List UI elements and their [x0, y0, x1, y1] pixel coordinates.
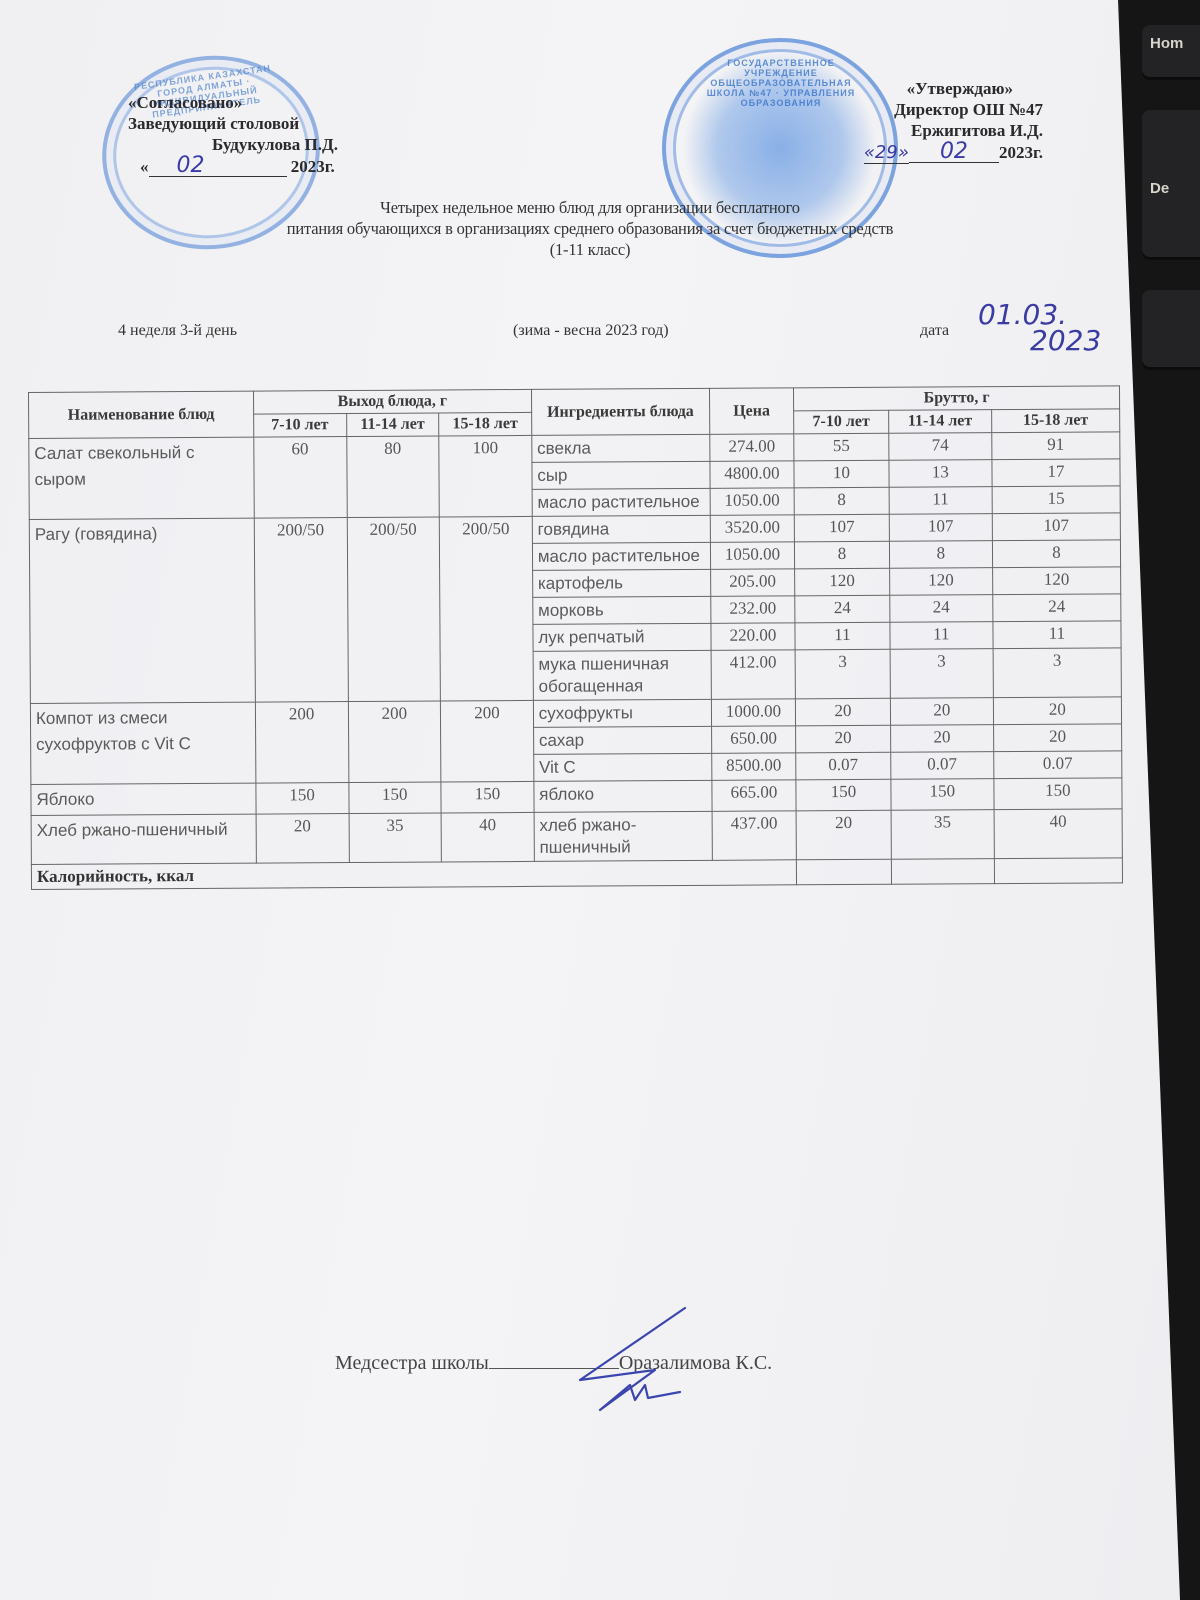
nurse-role: Медсестра школы	[335, 1352, 489, 1374]
ingredient-gross: 17	[992, 459, 1120, 487]
calories-7-10	[796, 859, 891, 885]
ingredient-gross: 3	[795, 649, 890, 699]
agreed-label: «Согласовано»	[128, 92, 338, 113]
menu-table: Наименование блюд Выход блюда, г Ингреди…	[28, 385, 1123, 890]
nurse-signature-line: Медсестра школыОразалимова К.С.	[335, 1352, 772, 1375]
agreed-date: «02 2023г.	[128, 155, 338, 177]
season: (зима - весна 2023 год)	[513, 322, 669, 340]
calories-11-14	[891, 859, 994, 885]
ingredient-name: хлеб ржано-пшеничный	[534, 811, 712, 861]
header-dish-name: Наименование блюд	[29, 391, 254, 438]
ingredient-gross: 8	[992, 540, 1120, 568]
ingredient-price: 220.00	[711, 623, 795, 651]
ingredient-gross: 8	[795, 541, 890, 569]
dish-yield: 200/50	[254, 518, 348, 703]
dish-yield: 150	[441, 781, 534, 813]
ingredient-gross: 91	[992, 432, 1120, 460]
ingredient-name: сухофрукты	[533, 699, 711, 727]
dish-yield: 60	[254, 437, 347, 519]
date-quote: «	[140, 157, 149, 176]
dish-yield: 200	[441, 700, 534, 782]
date-label: дата	[920, 322, 949, 340]
ingredient-price: 4800.00	[710, 461, 794, 489]
dish-yield: 150	[256, 783, 349, 815]
ingredient-gross: 20	[993, 724, 1121, 752]
ingredient-gross: 35	[891, 810, 994, 860]
ingredient-gross: 120	[795, 568, 890, 596]
ingredient-price: 3520.00	[710, 515, 794, 543]
ingredient-gross: 150	[994, 778, 1122, 810]
handwritten-signature-icon	[560, 1300, 700, 1420]
header-gross-7-10: 7-10 лет	[794, 410, 889, 434]
calories-row: Калорийность, ккал	[31, 858, 1122, 890]
ingredient-price: 1050.00	[710, 488, 794, 516]
ingredient-gross: 11	[795, 622, 890, 650]
date-handwritten: 01.03. 2023	[978, 302, 1101, 354]
dish-yield: 200	[348, 701, 441, 783]
ingredient-gross: 150	[891, 779, 994, 811]
approved-name: Ержигитова И.Д.	[838, 120, 1043, 141]
title-line: (1-11 класс)	[100, 239, 1080, 260]
header-yield-7-10: 7-10 лет	[253, 414, 346, 438]
approved-date: «29»022023г.	[838, 141, 1043, 164]
dish-name: Салат свекольный с сыром	[29, 437, 254, 519]
calories-label: Калорийность, ккал	[31, 860, 796, 890]
ingredient-name: масло растительное	[532, 542, 710, 570]
title-line: питания обучающихся в организациях средн…	[100, 218, 1080, 239]
ingredient-gross: 107	[794, 514, 889, 542]
dish-yield: 200/50	[347, 517, 441, 702]
agreed-position: Заведующий столовой	[128, 113, 338, 134]
header-yield-15-18: 15-18 лет	[439, 412, 532, 436]
ingredient-gross: 20	[890, 698, 993, 726]
table-row: Хлеб ржано-пшеничный203540хлеб ржано-пше…	[31, 809, 1122, 865]
ingredient-gross: 11	[993, 621, 1121, 649]
ingredient-gross: 120	[889, 568, 992, 596]
ingredient-price: 8500.00	[712, 753, 796, 781]
menu-table-body: Салат свекольный с сыром6080100свекла274…	[29, 432, 1123, 865]
ingredient-gross: 55	[794, 433, 889, 461]
ingredient-name: яблоко	[534, 780, 712, 812]
agreed-name: Будукулова П.Д.	[128, 134, 338, 155]
keyboard-key	[1142, 290, 1200, 370]
ingredient-name: сыр	[532, 461, 710, 489]
ingredient-name: Vit C	[534, 753, 712, 781]
ingredient-gross: 20	[993, 697, 1121, 725]
approved-block: «Утверждаю» Директор ОШ №47 Ержигитова И…	[838, 78, 1043, 164]
keyboard-key-home: Hom	[1142, 25, 1200, 80]
ingredient-gross: 10	[794, 460, 889, 488]
key-label: De	[1150, 180, 1169, 197]
dish-yield: 100	[439, 435, 532, 517]
ingredient-gross: 107	[992, 513, 1120, 541]
approved-label: «Утверждаю»	[838, 78, 1043, 99]
ingredient-gross: 20	[795, 698, 890, 726]
document-title: Четырех недельное меню блюд для организа…	[100, 197, 1080, 260]
ingredient-gross: 120	[992, 567, 1120, 595]
agreed-block: «Согласовано» Заведующий столовой Будуку…	[128, 92, 338, 177]
calories-15-18	[994, 858, 1122, 884]
dish-yield: 150	[348, 782, 441, 814]
date-year: 2023	[978, 328, 1101, 354]
ingredient-price: 1050.00	[710, 542, 794, 570]
ingredient-gross: 0.07	[796, 752, 891, 780]
ingredient-price: 1000.00	[711, 699, 795, 727]
approved-position: Директор ОШ №47	[838, 99, 1043, 120]
agreed-year: 2023г.	[291, 157, 335, 176]
document-page: РЕСПУБЛИКА КАЗАХСТАН ГОРОД АЛМАТЫ · ИНДИ…	[0, 0, 1180, 1600]
dish-name: Хлеб ржано-пшеничный	[31, 814, 256, 864]
ingredient-gross: 8	[794, 487, 889, 515]
ingredient-gross: 74	[889, 433, 992, 461]
ingredient-gross: 3	[993, 648, 1121, 698]
ingredient-gross: 11	[890, 622, 993, 650]
dish-yield: 200	[255, 702, 348, 784]
ingredient-gross: 20	[796, 810, 891, 860]
ingredient-name: свекла	[532, 434, 710, 462]
approved-year: 2023г.	[999, 143, 1043, 162]
ingredient-name: масло растительное	[532, 488, 710, 516]
dish-name: Рагу (говядина)	[29, 518, 255, 703]
approved-month-handwritten: 02	[909, 141, 999, 163]
header-ingredients: Ингредиенты блюда	[531, 388, 709, 435]
ingredient-price: 650.00	[711, 726, 795, 754]
ingredient-gross: 20	[890, 725, 993, 753]
ingredient-gross: 13	[889, 460, 992, 488]
ingredient-gross: 107	[889, 514, 992, 542]
ingredient-gross: 20	[796, 725, 891, 753]
ingredient-gross: 24	[795, 595, 890, 623]
dish-yield: 35	[349, 813, 442, 863]
keyboard-key-delete: De	[1142, 110, 1200, 260]
ingredient-price: 232.00	[711, 596, 795, 624]
ingredient-price: 274.00	[710, 434, 794, 462]
ingredient-price: 437.00	[712, 811, 797, 861]
approved-day-handwritten: «29»	[864, 142, 909, 164]
dish-name: Яблоко	[31, 783, 256, 815]
ingredient-gross: 0.07	[994, 751, 1122, 779]
ingredient-name: мука пшеничная обогащенная	[533, 650, 711, 700]
ingredient-gross: 11	[889, 487, 992, 515]
ingredient-name: говядина	[532, 515, 710, 543]
header-gross: Брутто, г	[794, 386, 1120, 411]
dish-yield: 200/50	[439, 516, 533, 701]
week-day: 4 неделя 3-й день	[118, 322, 237, 340]
header-gross-11-14: 11-14 лет	[888, 410, 991, 434]
ingredient-name: сахар	[533, 726, 711, 754]
ingredient-price: 665.00	[712, 780, 797, 812]
dish-yield: 80	[346, 436, 439, 518]
header-price: Цена	[709, 388, 794, 435]
ingredient-gross: 150	[796, 779, 891, 811]
ingredient-gross: 24	[890, 595, 993, 623]
ingredient-gross: 3	[890, 649, 993, 699]
dish-yield: 40	[441, 812, 534, 862]
header-gross-15-18: 15-18 лет	[992, 409, 1120, 433]
ingredient-gross: 8	[889, 541, 992, 569]
dish-yield: 20	[256, 814, 349, 864]
ingredient-name: картофель	[532, 569, 710, 597]
ingredient-price: 205.00	[710, 569, 794, 597]
ingredient-gross: 15	[992, 486, 1120, 514]
ingredient-price: 412.00	[711, 650, 796, 700]
ingredient-gross: 0.07	[891, 752, 994, 780]
ingredient-name: морковь	[533, 596, 711, 624]
header-yield: Выход блюда, г	[253, 389, 531, 414]
ingredient-gross: 40	[994, 809, 1122, 859]
dish-name: Компот из смеси сухофруктов с Vit C	[30, 702, 255, 784]
agreed-date-handwritten: 02	[149, 155, 287, 177]
key-label: Hom	[1150, 35, 1183, 52]
title-line: Четырех недельное меню блюд для организа…	[100, 197, 1080, 218]
ingredient-gross: 24	[993, 594, 1121, 622]
header-yield-11-14: 11-14 лет	[346, 413, 439, 437]
ingredient-name: лук репчатый	[533, 623, 711, 651]
